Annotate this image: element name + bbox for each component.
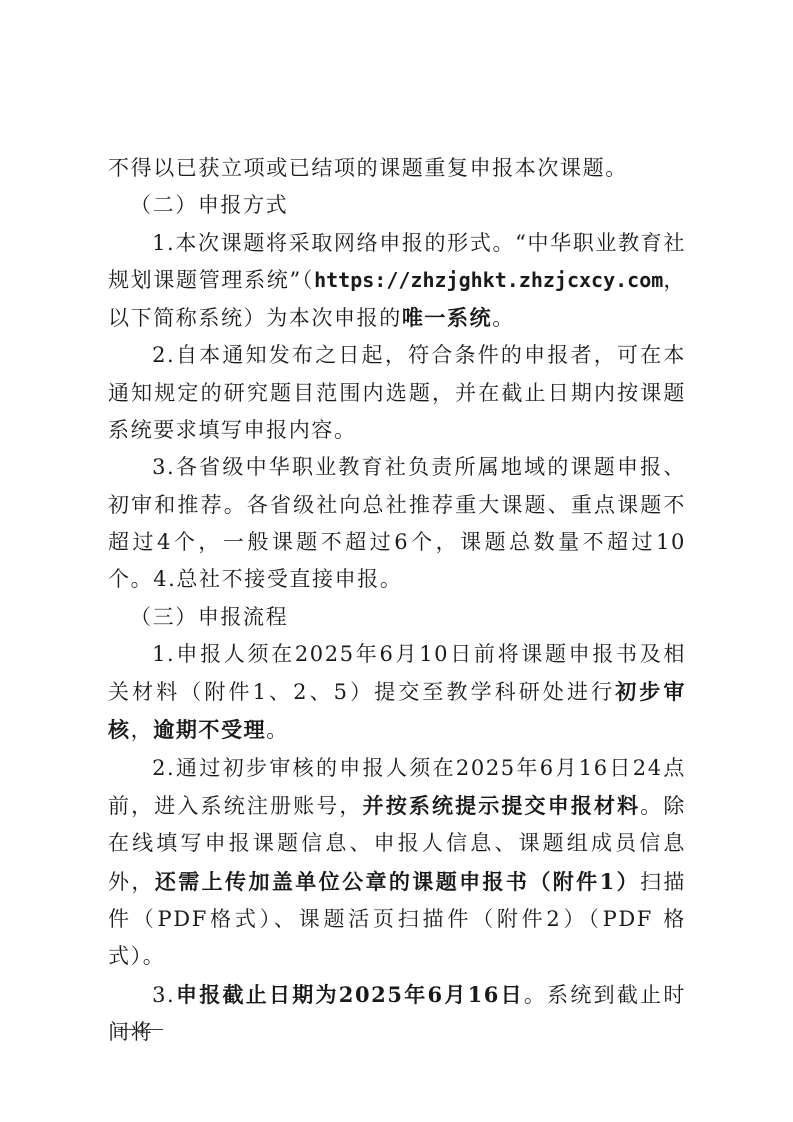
text-segment: 。 bbox=[492, 306, 515, 330]
paragraph-provincial-quota: 3.各省级中华职业教育社负责所属地域的课题申报、初审和推荐。各省级社向总社推荐重… bbox=[108, 449, 686, 598]
paragraph-online-application: 1.本次课题将采取网络申报的形式。“中华职业教育社规划课题管理系统”（https… bbox=[108, 225, 686, 338]
emphasis-deadline: 申报截止日期为2025年6月16日 bbox=[175, 982, 524, 1007]
emphasis-no-late-acceptance: 逾期不受理 bbox=[153, 717, 266, 742]
text-segment: ， bbox=[131, 718, 154, 742]
text-segment: 。 bbox=[266, 718, 289, 742]
emphasis-only-system: 唯一系统 bbox=[402, 305, 492, 330]
paragraph-preliminary-review: 1.申报人须在2025年6月10日前将课题申报书及相关材料（附件1、2、5）提交… bbox=[108, 636, 686, 750]
system-url-link[interactable]: https://zhzjghkt.zhzjcxcy.com bbox=[314, 268, 663, 292]
page-number: —4— bbox=[118, 1018, 163, 1039]
section-heading-application-process: （三）申报流程 bbox=[108, 599, 686, 636]
paragraph-continuation: 不得以已获立项或已结项的课题重复申报本次课题。 bbox=[108, 150, 686, 187]
text-segment: 3. bbox=[152, 983, 175, 1007]
document-body: 不得以已获立项或已结项的课题重复申报本次课题。 （二）申报方式 1.本次课题将采… bbox=[108, 150, 686, 1051]
paragraph-deadline: 3.申报截止日期为2025年6月16日。系统到截止时间将 bbox=[108, 976, 686, 1052]
emphasis-submit-materials: 并按系统提示提交申报材料 bbox=[363, 793, 641, 818]
paragraph-system-submission: 2.通过初步审核的申报人须在2025年6月16日24点前，进入系统注册账号，并按… bbox=[108, 750, 686, 976]
emphasis-upload-stamped-form: 还需上传加盖单位公章的课题申报书（附件1） bbox=[155, 869, 640, 894]
paragraph-eligibility: 2.自本通知发布之日起，符合条件的申报者，可在本通知规定的研究题目范围内选题，并… bbox=[108, 337, 686, 449]
text-segment: 1.申报人须在2025年6月10日前将课题申报书及相关材料（附件1、2、5）提交… bbox=[108, 642, 686, 704]
section-heading-application-method: （二）申报方式 bbox=[108, 187, 686, 224]
